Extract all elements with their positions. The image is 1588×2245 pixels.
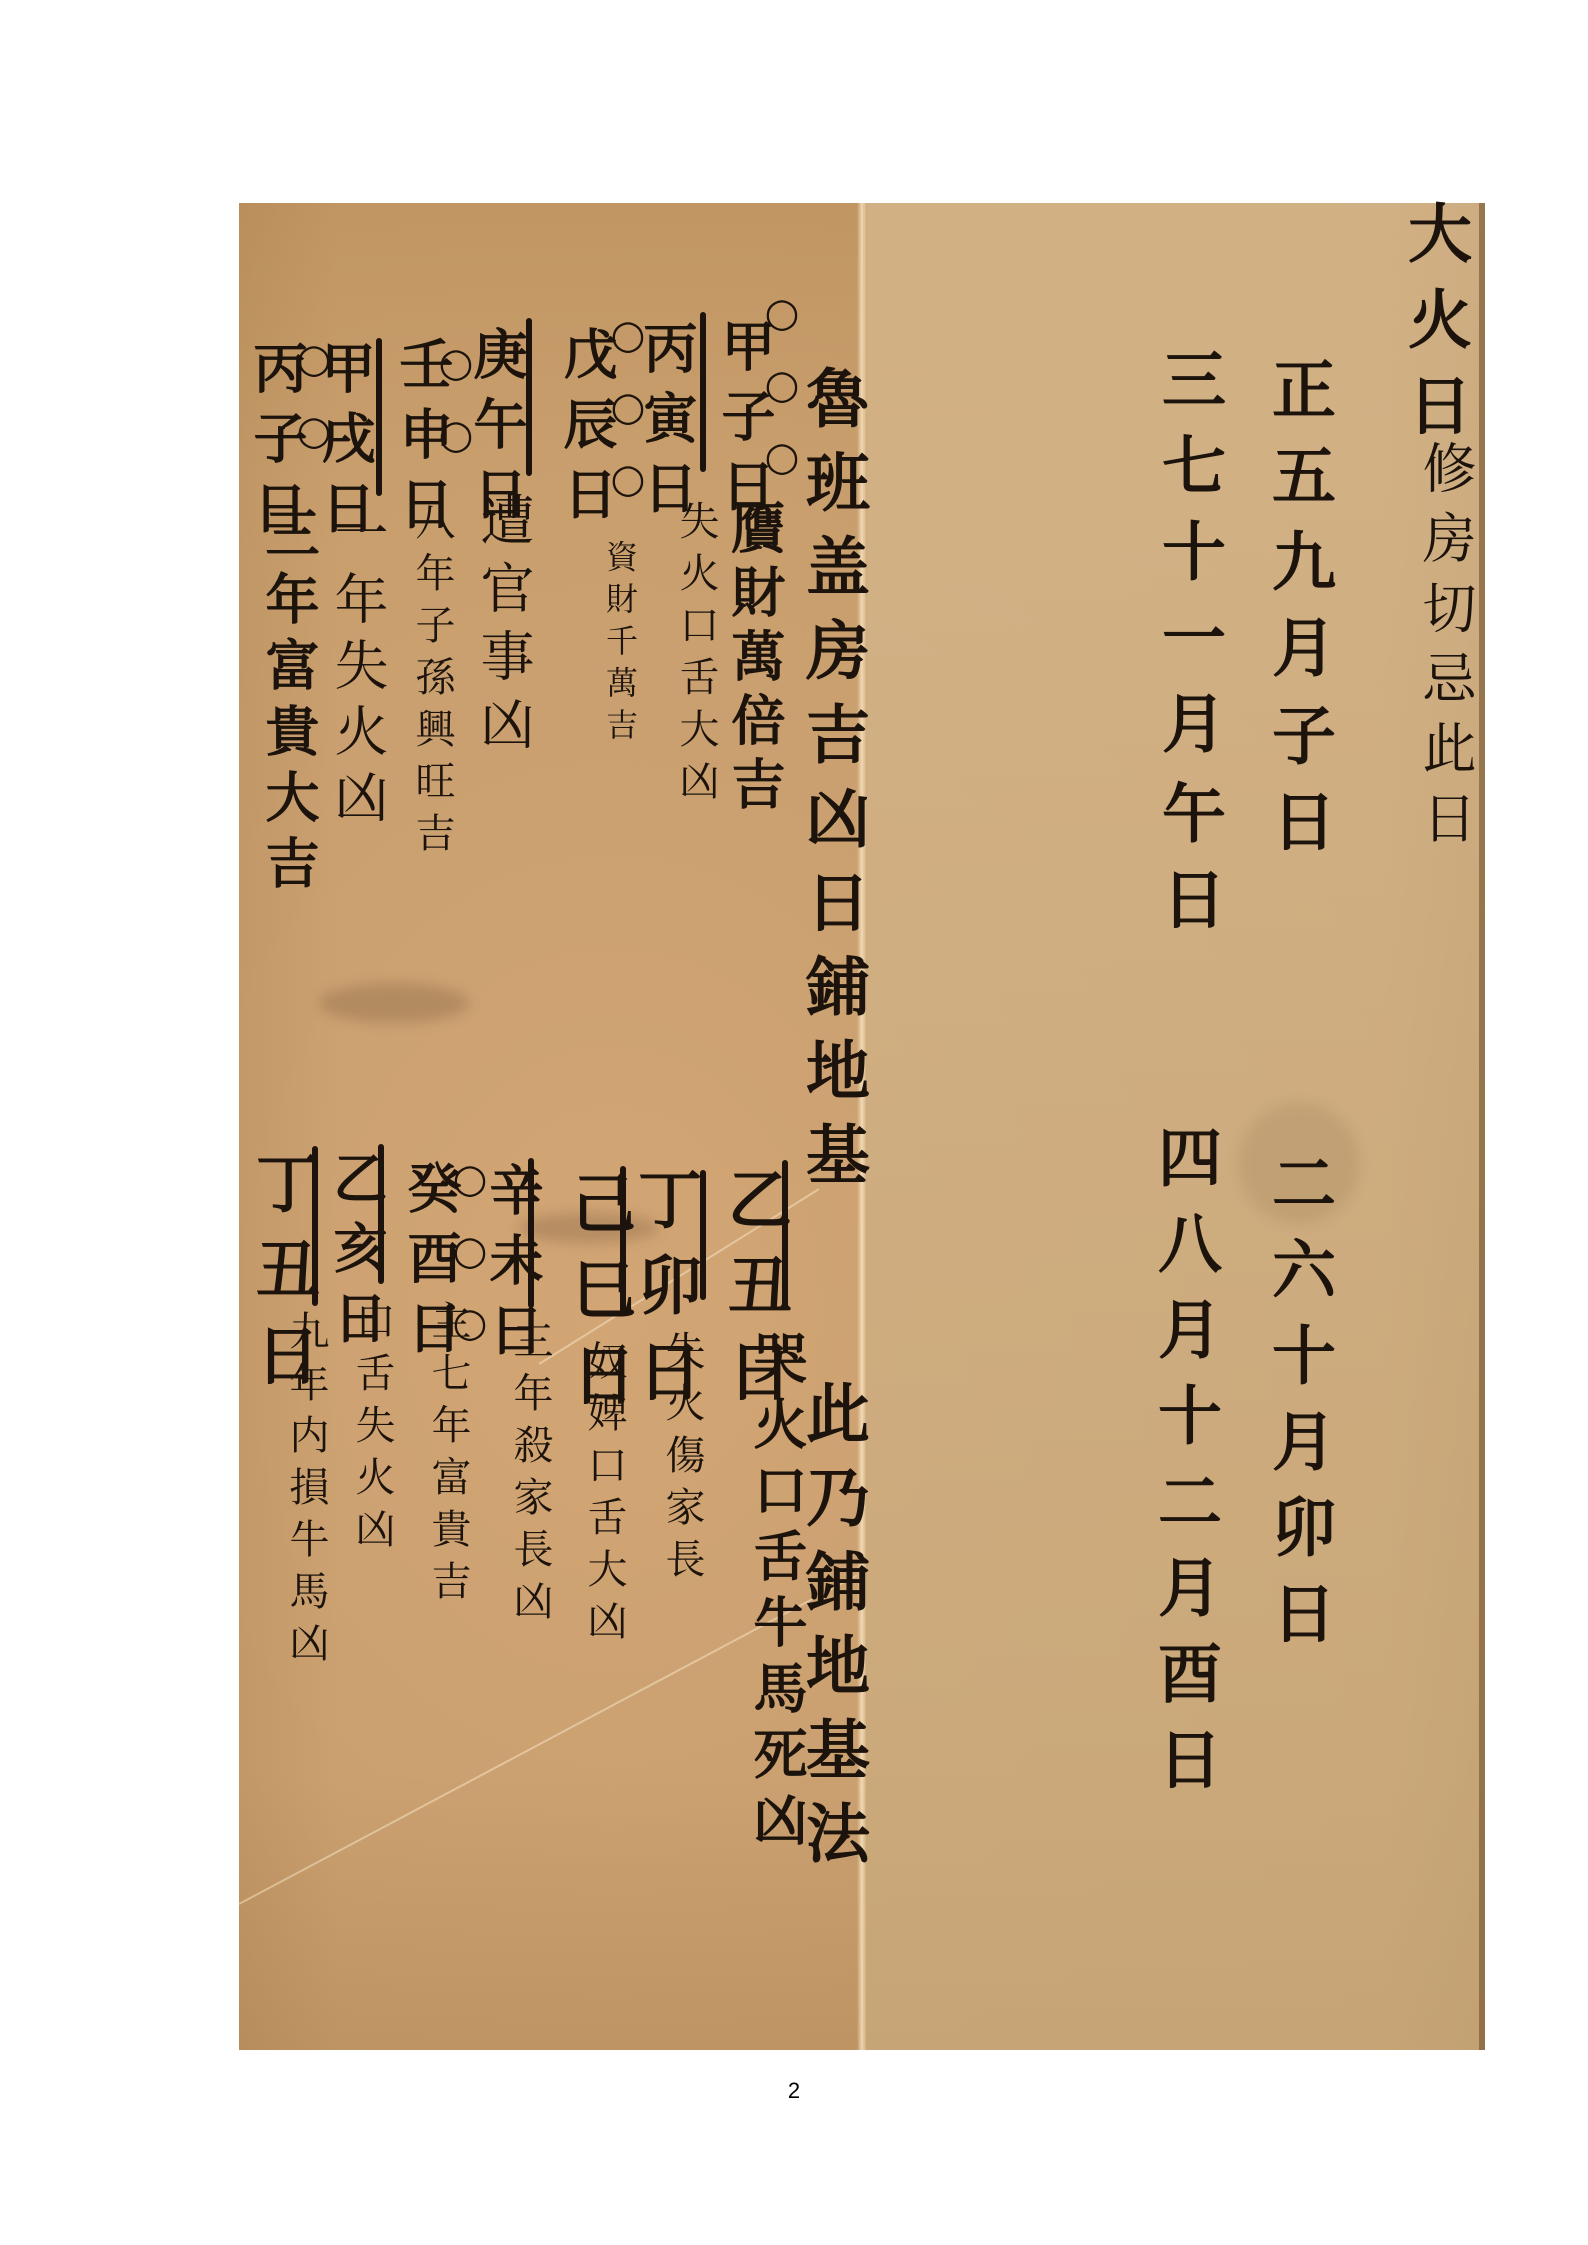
upper-entry-3-text: 資財千萬吉: [604, 540, 636, 750]
lower-entry-7-text: 九年内損牛馬凶: [286, 1310, 326, 1674]
lower-entry-1-text: 哭火口舌牛馬死凶: [750, 1330, 804, 1858]
upper-entry-4-text: 遭官事凶: [476, 492, 530, 764]
month-group-4-months: 四八月十二月: [1152, 1124, 1216, 1640]
upper-entry-2-text: 失火口舌大凶: [676, 500, 716, 812]
month-group-2-day: 卯日: [1266, 1494, 1330, 1666]
month-group-3-day: 午日: [1156, 780, 1220, 952]
lower-entry-2-text: 失火傷家長: [662, 1330, 702, 1590]
upper-entry-3-circle-marks: ○○○: [608, 312, 648, 528]
title-text: 修房切忌此日: [1418, 440, 1472, 860]
upper-entry-5-circle-marks: ○○: [436, 340, 476, 484]
month-group-4-day: 酉日: [1152, 1640, 1216, 1812]
lower-entry-3-text: 奴婢口舌大凶: [584, 1340, 624, 1652]
ink-smudge: [319, 983, 469, 1023]
header-title: 魯班盖房吉凶日鋪地基: [800, 365, 864, 1205]
upper-entry-6-text: 一年失火凶: [330, 505, 384, 835]
upper-entry-1-circle-marks: ○○○: [762, 290, 802, 506]
title-heading: 大火日: [1402, 200, 1466, 458]
lower-entry-4-text: 三年殺家長凶: [510, 1320, 550, 1632]
upper-entry-7-circle-marks: ○○: [294, 336, 334, 480]
header-subtitle: 此乃鋪地基法: [800, 1380, 864, 1884]
entry-divider: [700, 312, 706, 472]
page-number: 2: [784, 2078, 804, 2104]
page-edge: [1479, 203, 1485, 2050]
upper-entry-1-text: 贋財萬倍吉: [728, 500, 782, 820]
month-group-1-day: 子日: [1266, 702, 1330, 874]
month-group-3-months: 三七十一月: [1156, 346, 1220, 776]
upper-entry-7-text: 三年富貴大吉: [262, 505, 316, 901]
month-group-1-months: 正五九月: [1266, 356, 1330, 700]
lower-entry-6-text: 口舌失火凶: [352, 1300, 392, 1560]
lower-entry-5-text: 主七年富貴吉: [428, 1300, 468, 1612]
upper-entry-5-text: 八年子孫興旺吉: [412, 500, 452, 864]
month-group-2-months: 二六十月: [1266, 1150, 1330, 1494]
